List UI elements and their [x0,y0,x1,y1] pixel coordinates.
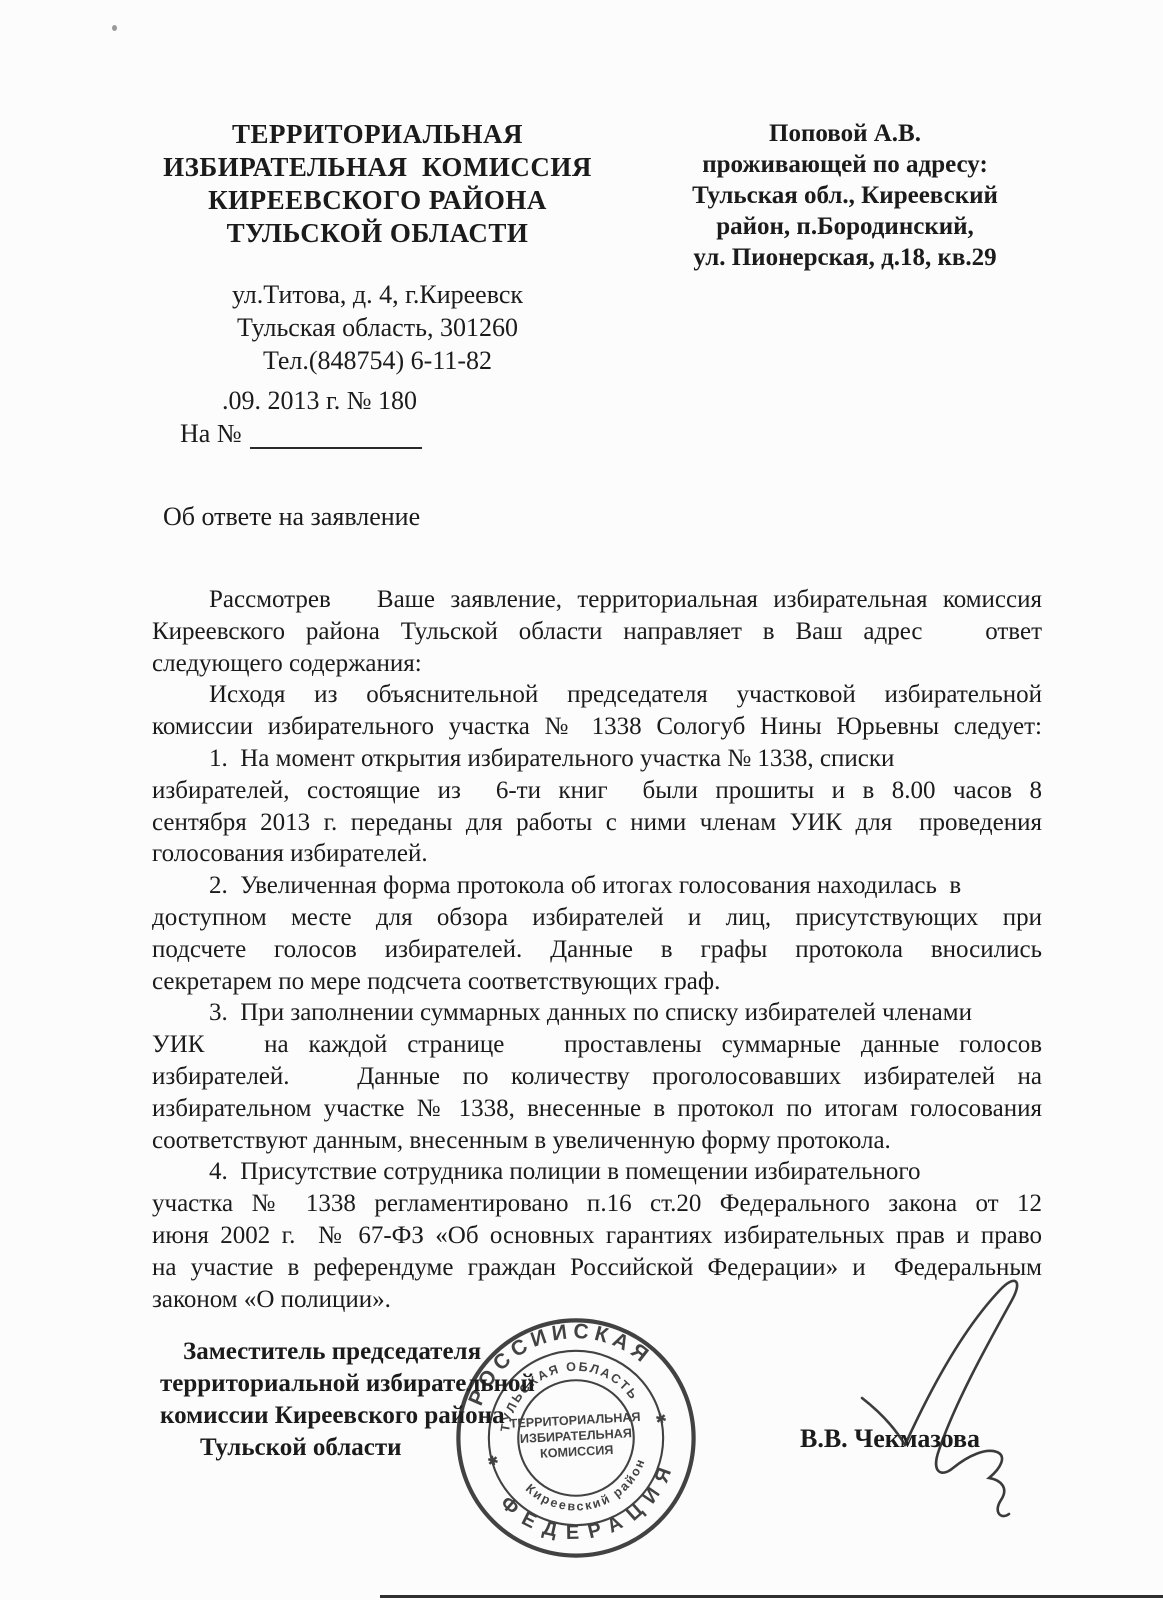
letter-body: Рассмотрев Ваше заявление, территориальн… [152,584,1042,1315]
reply-prefix: На № [180,419,242,448]
body-text-line: Киреевского района Тульской области напр… [152,616,1042,648]
subject-line: Об ответе на заявление [163,502,420,532]
outgoing-date-number: .09. 2013 г. № 180 [222,386,417,416]
reply-number-blank [250,425,422,449]
body-text-line: комиссии избирательного участка № 1338 С… [152,711,1042,743]
body-text-line: следующего содержания: [152,648,1042,680]
body-text-line: соответствуют данным, внесенным в увелич… [152,1125,1042,1157]
body-text-line: 1. На момент открытия избирательного уча… [152,743,1042,775]
sender-org-line: ТЕРРИТОРИАЛЬНАЯ [150,118,605,151]
body-text-line: Рассмотрев Ваше заявление, территориальн… [152,584,1042,616]
body-text-line: 2. Увеличенная форма протокола об итогах… [152,870,1042,902]
official-stamp: РОССИЙСКАЯ ФЕДЕРАЦИЯ ТУЛЬСКАЯ ОБЛАСТЬ Ки… [450,1312,702,1564]
body-text-line: подсчете голосов избирателей. Данные в г… [152,934,1042,966]
body-text-line: 3. При заполнении суммарных данных по сп… [152,997,1042,1029]
recipient-line: проживающей по адресу: [635,149,1055,180]
body-text-line: июня 2002 г. № 67-ФЗ «Об основных гарант… [152,1220,1042,1252]
body-text-line: избирательном участке № 1338, внесенные … [152,1093,1042,1125]
sender-org-block: ТЕРРИТОРИАЛЬНАЯИЗБИРАТЕЛЬНАЯ КОМИССИЯКИР… [150,118,605,250]
stamp-star-right-icon: ✱ [654,1411,668,1427]
incoming-reference: На № [180,419,422,449]
recipient-line: ул. Пионерская, д.18, кв.29 [635,242,1055,273]
sender-address-line: Тульская область, 301260 [150,311,605,344]
body-text-line: Исходя из объяснительной председателя уч… [152,679,1042,711]
stamp-star-left-icon: ✱ [486,1453,500,1469]
sender-org-line: ТУЛЬСКОЙ ОБЛАСТИ [150,217,605,250]
sender-org-line: ИЗБИРАТЕЛЬНАЯ КОМИССИЯ [150,151,605,184]
document-page: ТЕРРИТОРИАЛЬНАЯИЗБИРАТЕЛЬНАЯ КОМИССИЯКИР… [0,0,1163,1600]
signature-stroke-main [905,1281,1017,1516]
scan-artifact-line [380,1595,1163,1598]
recipient-block: Поповой А.В.проживающей по адресу:Тульск… [635,118,1055,273]
recipient-line: Поповой А.В. [635,118,1055,149]
sender-org-line: КИРЕЕВСКОГО РАЙОНА [150,184,605,217]
signature-stroke-lead [862,1398,905,1445]
body-text-line: избирателей, состоящие из 6-ти книг были… [152,775,1042,807]
sender-address-line: Тел.(848754) 6-11-82 [150,344,605,377]
scan-speck [112,25,117,31]
body-text-line: УИК на каждой странице проставлены сумма… [152,1029,1042,1061]
body-text-line: голосования избирателей. [152,838,1042,870]
sender-address-block: ул.Титова, д. 4, г.КиреевскТульская обла… [150,278,605,377]
body-text-line: секретарем по мере подсчета соответствую… [152,966,1042,998]
recipient-line: Тульская обл., Киреевский [635,180,1055,211]
body-text-line: 4. Присутствие сотрудника полиции в поме… [152,1156,1042,1188]
body-text-line: избирателей. Данные по количеству прогол… [152,1061,1042,1093]
body-text-line: доступном месте для обзора избирателей и… [152,902,1042,934]
sender-address-line: ул.Титова, д. 4, г.Киреевск [150,278,605,311]
body-text-line: сентября 2013 г. переданы для работы с н… [152,807,1042,839]
recipient-line: район, п.Бородинский, [635,211,1055,242]
stamp-center-line-3: КОМИССИЯ [540,1443,614,1461]
body-text-line: участка № 1338 регламентировано п.16 ст.… [152,1188,1042,1220]
handwritten-signature [840,1256,1040,1536]
